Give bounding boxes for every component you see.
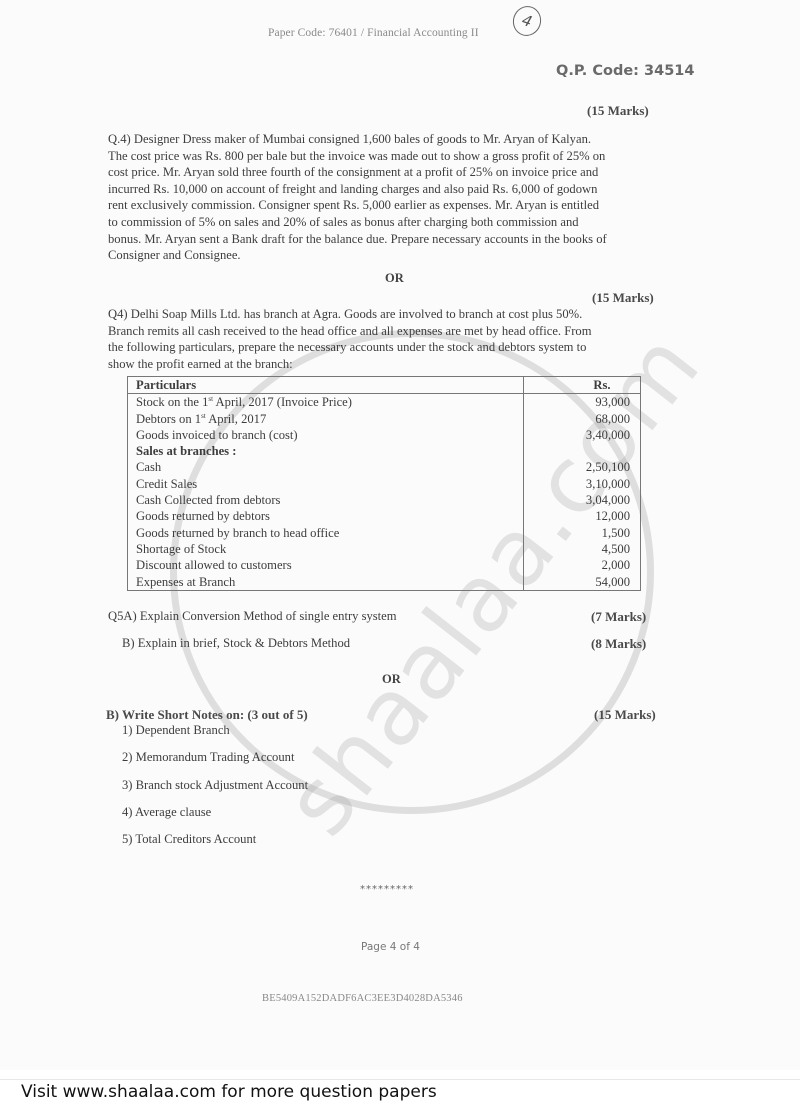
particulars-table: Particulars Rs. Stock on the 1st April, … xyxy=(127,376,641,591)
or-divider-2: OR xyxy=(382,672,401,687)
q4a-line: Consigner and Consignee. xyxy=(108,247,668,264)
q4b-line: the following particulars, prepare the n… xyxy=(108,339,668,356)
note-item: 5) Total Creditors Account xyxy=(122,832,256,847)
q5a-text: Q5A) Explain Conversion Method of single… xyxy=(108,609,397,624)
q4b-line: show the profit earned at the branch: xyxy=(108,356,668,373)
table-row: Cash2,50,100 xyxy=(128,459,641,475)
particular-label: Goods returned by branch to head office xyxy=(128,525,524,541)
page-number: Page 4 of 4 xyxy=(361,941,420,953)
table-row: Cash Collected from debtors3,04,000 xyxy=(128,492,641,508)
particular-label: Discount allowed to customers xyxy=(128,557,524,573)
end-marker: ********* xyxy=(360,884,414,895)
particular-amount: 2,000 xyxy=(524,557,641,573)
handwritten-page-mark: 4 xyxy=(509,2,545,39)
table-row: Stock on the 1st April, 2017 (Invoice Pr… xyxy=(128,394,641,411)
or-divider: OR xyxy=(385,271,404,286)
table-row: Discount allowed to customers2,000 xyxy=(128,557,641,573)
particular-label: Stock on the 1st April, 2017 (Invoice Pr… xyxy=(128,394,524,411)
q4a-line: rent exclusively commission. Consigner s… xyxy=(108,197,668,214)
particular-amount: 2,50,100 xyxy=(524,459,641,475)
particular-label: Cash xyxy=(128,459,524,475)
table-row: Goods invoiced to branch (cost)3,40,000 xyxy=(128,427,641,443)
particular-amount: 3,40,000 xyxy=(524,427,641,443)
particular-label: Expenses at Branch xyxy=(128,574,524,591)
footer-promo-text: Visit www.shaalaa.com for more question … xyxy=(21,1082,437,1102)
table-row: Shortage of Stock4,500 xyxy=(128,541,641,557)
q4a-line: Q.4) Designer Dress maker of Mumbai cons… xyxy=(108,131,668,148)
particular-amount: 68,000 xyxy=(524,411,641,427)
q4b-line: Branch remits all cash received to the h… xyxy=(108,323,668,340)
qp-code: Q.P. Code: 34514 xyxy=(556,63,694,79)
q4b-text: Q4) Delhi Soap Mills Ltd. has branch at … xyxy=(108,306,668,372)
q5a-marks: (7 Marks) xyxy=(591,609,646,625)
q4a-line: bonus. Mr. Aryan sent a Bank draft for t… xyxy=(108,231,668,248)
header-particulars: Particulars xyxy=(128,377,524,394)
q4b-marks: (15 Marks) xyxy=(592,290,654,306)
table-row: Expenses at Branch54,000 xyxy=(128,574,641,591)
particular-amount: 3,04,000 xyxy=(524,492,641,508)
short-notes-marks: (15 Marks) xyxy=(594,707,656,723)
table-row: Debtors on 1st April, 201768,000 xyxy=(128,411,641,427)
particular-label: Cash Collected from debtors xyxy=(128,492,524,508)
particular-label: Debtors on 1st April, 2017 xyxy=(128,411,524,427)
particular-amount: 93,000 xyxy=(524,394,641,411)
particular-amount: 4,500 xyxy=(524,541,641,557)
paper-code: Paper Code: 76401 / Financial Accounting… xyxy=(268,27,479,39)
table-row: Credit Sales3,10,000 xyxy=(128,476,641,492)
header-rs: Rs. xyxy=(524,377,641,394)
particular-label: Credit Sales xyxy=(128,476,524,492)
q4a-line: to commission of 5% on sales and 20% of … xyxy=(108,214,668,231)
q4a-text: Q.4) Designer Dress maker of Mumbai cons… xyxy=(108,131,668,264)
document-hash: BE5409A152DADF6AC3EE3D4028DA5346 xyxy=(262,993,463,1004)
note-item: 1) Dependent Branch xyxy=(122,723,230,738)
particular-amount: 3,10,000 xyxy=(524,476,641,492)
particular-amount: 1,500 xyxy=(524,525,641,541)
scanned-page: shaalaa.com Paper Code: 76401 / Financia… xyxy=(0,0,800,1070)
table-row: Goods returned by debtors12,000 xyxy=(128,508,641,524)
table-row: Sales at branches : xyxy=(128,443,641,459)
table-row: Goods returned by branch to head office1… xyxy=(128,525,641,541)
particular-amount: 54,000 xyxy=(524,574,641,591)
note-item: 2) Memorandum Trading Account xyxy=(122,750,294,765)
particular-amount xyxy=(524,443,641,459)
particular-label: Shortage of Stock xyxy=(128,541,524,557)
q5b-marks: (8 Marks) xyxy=(591,636,646,652)
table-header-row: Particulars Rs. xyxy=(128,377,641,394)
particular-label: Goods returned by debtors xyxy=(128,508,524,524)
q4a-line: incurred Rs. 10,000 on account of freigh… xyxy=(108,181,668,198)
q4b-line: Q4) Delhi Soap Mills Ltd. has branch at … xyxy=(108,306,668,323)
q5b-text: B) Explain in brief, Stock & Debtors Met… xyxy=(122,636,350,651)
q4a-line: The cost price was Rs. 800 per bale but … xyxy=(108,148,668,165)
footer-divider xyxy=(0,1079,800,1080)
particular-label: Sales at branches : xyxy=(128,443,524,459)
q4a-line: cost price. Mr. Aryan sold three fourth … xyxy=(108,164,668,181)
note-item: 3) Branch stock Adjustment Account xyxy=(122,778,308,793)
q4a-marks: (15 Marks) xyxy=(587,103,649,119)
note-item: 4) Average clause xyxy=(122,805,211,820)
particular-amount: 12,000 xyxy=(524,508,641,524)
short-notes-title: B) Write Short Notes on: (3 out of 5) xyxy=(106,707,308,723)
particular-label: Goods invoiced to branch (cost) xyxy=(128,427,524,443)
